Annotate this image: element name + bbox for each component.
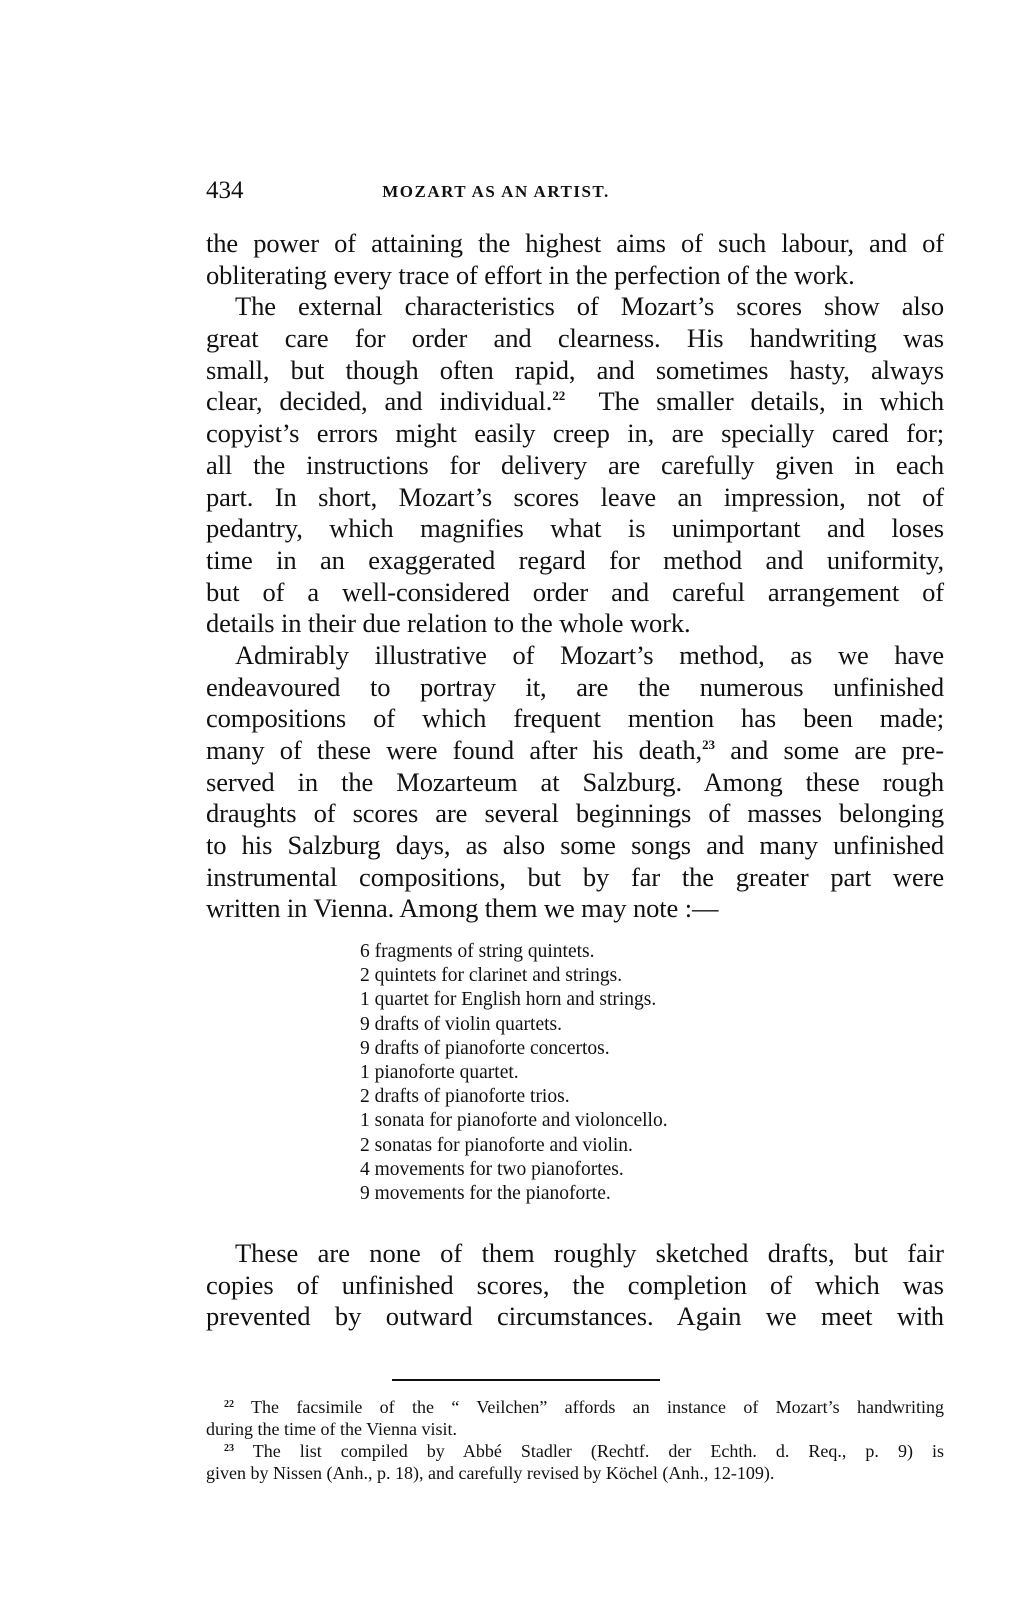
text-line: endeavoured to portray it, are the numer… [206,672,944,704]
text-fragment: many of these were found after his death… [206,735,702,765]
footnotes: 22 The facsimile of the “ Veilchen” affo… [206,1396,944,1484]
text-line-with-footnote: clear, decided, and individual.22 The sm… [206,386,944,418]
closing-paragraph: These are none of them roughly sketched … [206,1238,944,1333]
list-item: 2 drafts of pianoforte trios. [360,1085,668,1109]
text-line: These are none of them roughly sketched … [206,1238,944,1270]
list-item: 2 sonatas for pianoforte and violin. [360,1134,668,1158]
text-line: the power of attaining the highest aims … [206,228,944,260]
text-fragment: clear, decided, and individual. [206,386,552,416]
text-line: to his Salzburg days, as also some songs… [206,830,944,862]
list-item: 6 fragments of string quintets. [360,940,668,964]
list-item: 1 sonata for pianoforte and violoncello. [360,1109,668,1133]
text-line: details in their due relation to the who… [206,608,944,640]
text-line: prevented by outward circumstances. Agai… [206,1301,944,1333]
footnote-ref-22[interactable]: 22 [552,388,565,403]
text-line: time in an exaggerated regard for method… [206,545,944,577]
text-line: obliterating every trace of effort in th… [206,260,944,292]
list-item: 9 drafts of violin quartets. [360,1013,668,1037]
list-item: 9 drafts of pianoforte concertos. [360,1037,668,1061]
text-line: draughts of scores are several beginning… [206,798,944,830]
footnote-marker: 23 [224,1443,234,1454]
text-line: copies of unfinished scores, the complet… [206,1270,944,1302]
text-line: part. In short, Mozart’s scores leave an… [206,482,944,514]
text-line-with-footnote: many of these were found after his death… [206,735,944,767]
list-item: 9 movements for the pianoforte. [360,1182,668,1206]
text-line: served in the Mozarteum at Salzburg. Amo… [206,767,944,799]
footnote-text: given by Nissen (Anh., p. 18), and caref… [206,1462,944,1484]
text-line: pedantry, which magnifies what is unimpo… [206,513,944,545]
text-line: instrumental compositions, but by far th… [206,862,944,894]
footnote-text: during the time of the Vienna visit. [206,1418,944,1440]
running-title: MOZART AS AN ARTIST. [206,180,786,204]
text-line: but of a well-considered order and caref… [206,577,944,609]
text-line: The external characteristics of Mozart’s… [206,291,944,323]
text-line: copyist’s errors might easily creep in, … [206,418,944,450]
running-head: 434 MOZART AS AN ARTIST. [206,176,944,206]
list-item: 2 quintets for clarinet and strings. [360,964,668,988]
text-line: small, but though often rapid, and somet… [206,355,944,387]
footnote-23: 23 The list compiled by Abbé Stadler (Re… [206,1440,944,1462]
text-fragment: and some are pre- [715,735,944,765]
footnote-divider [392,1379,660,1381]
footnote-text: The facsimile of the “ Veilchen” affords… [251,1397,944,1417]
footnote-22: 22 The facsimile of the “ Veilchen” affo… [206,1396,944,1418]
text-line: Admirably illustrative of Mozart’s metho… [206,640,944,672]
list-item: 4 movements for two pianofortes. [360,1158,668,1182]
main-text: the power of attaining the highest aims … [206,228,944,925]
list-item: 1 pianoforte quartet. [360,1061,668,1085]
text-line: great care for order and clearness. His … [206,323,944,355]
footnote-marker: 22 [224,1399,234,1410]
text-fragment: The smaller details, in which [565,386,944,416]
footnote-ref-23[interactable]: 23 [702,737,715,752]
list-item: 1 quartet for English horn and strings. [360,988,668,1012]
footnote-text: The list compiled by Abbé Stadler (Recht… [253,1441,944,1461]
text-line: compositions of which frequent mention h… [206,703,944,735]
text-line: written in Vienna. Among them we may not… [206,893,944,925]
text-line: all the instructions for delivery are ca… [206,450,944,482]
compositions-list: 6 fragments of string quintets. 2 quinte… [360,940,668,1206]
